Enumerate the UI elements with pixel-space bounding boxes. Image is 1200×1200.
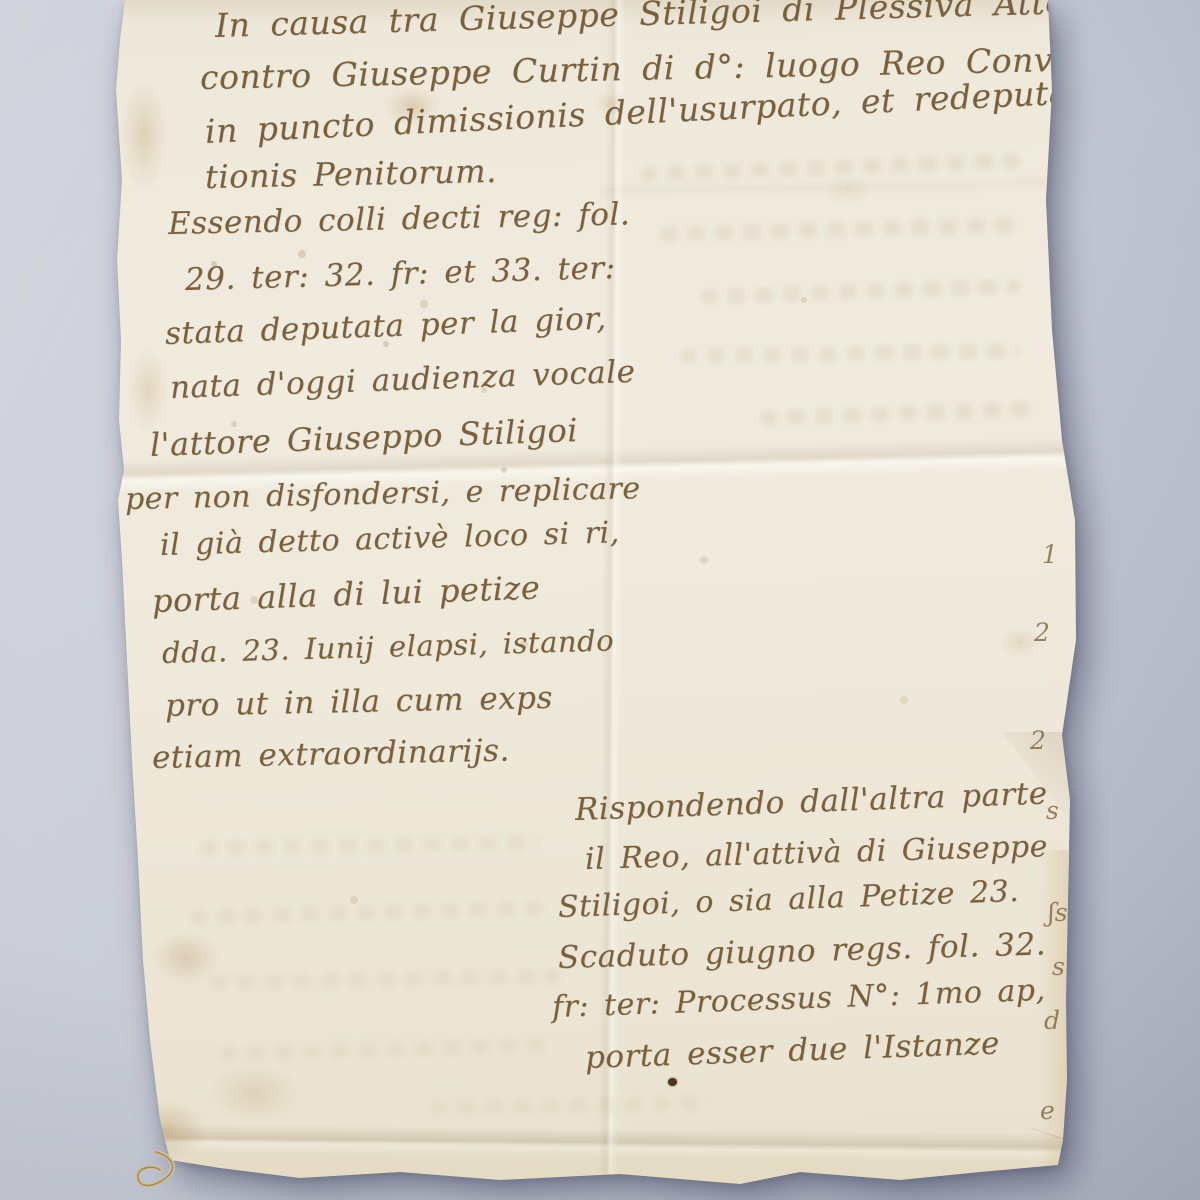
handwriting-line: In causa tra Giuseppe Stiligoi di Plessi… xyxy=(214,0,1113,45)
bleed-through-text xyxy=(680,343,1020,364)
bottom-fold-strip xyxy=(118,1143,1068,1190)
foxing-speckles xyxy=(0,0,4,4)
handwriting-line: fr: ter: Processus N°: 1mo ap, xyxy=(551,973,1046,1025)
bleed-through-text xyxy=(220,1038,550,1062)
edge-text-fragment: s xyxy=(1052,952,1065,981)
manuscript-paper: In causa tra Giuseppe Stiligoi di Plessi… xyxy=(0,0,1200,1200)
bleed-through-text xyxy=(190,900,550,924)
handwriting-line: per non disfondersi, e replicare xyxy=(125,471,641,517)
bleed-through-text xyxy=(700,278,1020,304)
age-stain xyxy=(812,168,882,212)
bleed-through-text xyxy=(660,217,1020,241)
age-stain xyxy=(190,1050,320,1136)
handwriting-line: il Reo, all'attivà di Giuseppe xyxy=(585,829,1049,877)
edge-text-fragment: 2 xyxy=(1030,726,1046,755)
paper-sheet: In causa tra Giuseppe Stiligoi di Plessi… xyxy=(0,0,1200,1200)
bleed-through-text xyxy=(640,153,1020,181)
handwriting-line: Rispondendo dall'altra parte xyxy=(574,776,1048,828)
binding-thread xyxy=(108,1150,198,1200)
handwriting-line: Essendo colli decti reg: fol. xyxy=(168,196,631,242)
edge-text-fragment: 1 xyxy=(1042,540,1058,569)
handwriting-line: 29. ter: 32. fr: et 33. ter: xyxy=(184,250,616,298)
handwriting-line: l'attore Giuseppo Stiligoi xyxy=(149,411,578,464)
ink-blot xyxy=(668,1078,677,1086)
handwriting-line: etiam extraordinarijs. xyxy=(152,733,511,776)
handwriting-line: tionis Penitorum. xyxy=(205,152,497,196)
edge-text-fragment: s xyxy=(1046,796,1059,825)
edge-text-fragment: d xyxy=(1044,1006,1060,1035)
bleed-through-text xyxy=(210,969,560,990)
bleed-through-text xyxy=(760,401,1040,426)
handwriting-line: porta esser due l'Istanze xyxy=(584,1026,1000,1076)
edge-text-fragment: ʃs xyxy=(1048,898,1068,927)
bleed-through-text xyxy=(200,835,540,856)
edge-text-fragment: e xyxy=(1040,1096,1055,1125)
horizontal-fold-crease-top-right xyxy=(600,174,1050,200)
handwriting-line: nata d'oggi audienza vocale xyxy=(169,354,636,406)
edge-text-fragment: 2 xyxy=(1034,618,1050,647)
handwriting-line: pro ut in illa cum exps xyxy=(165,680,554,724)
bleed-through-text xyxy=(430,1096,710,1116)
handwriting-line: il già detto activè loco si ri, xyxy=(160,515,621,563)
photo-background: In causa tra Giuseppe Stiligoi di Plessi… xyxy=(0,0,1200,1200)
age-stain xyxy=(112,60,176,210)
handwriting-line: dda. 23. Iunij elapsi, istando xyxy=(162,623,615,670)
handwriting-line: Stiligoi, o sia alla Petize 23. xyxy=(557,874,1019,925)
handwriting-line: Scaduto giugno regs. fol. 32. xyxy=(557,926,1046,976)
handwriting-line: porta alla di lui petize xyxy=(151,568,540,620)
age-stain xyxy=(138,920,234,996)
handwriting-line: stata deputata per la gior, xyxy=(164,301,607,352)
crease-scratch xyxy=(1078,1076,1131,1105)
